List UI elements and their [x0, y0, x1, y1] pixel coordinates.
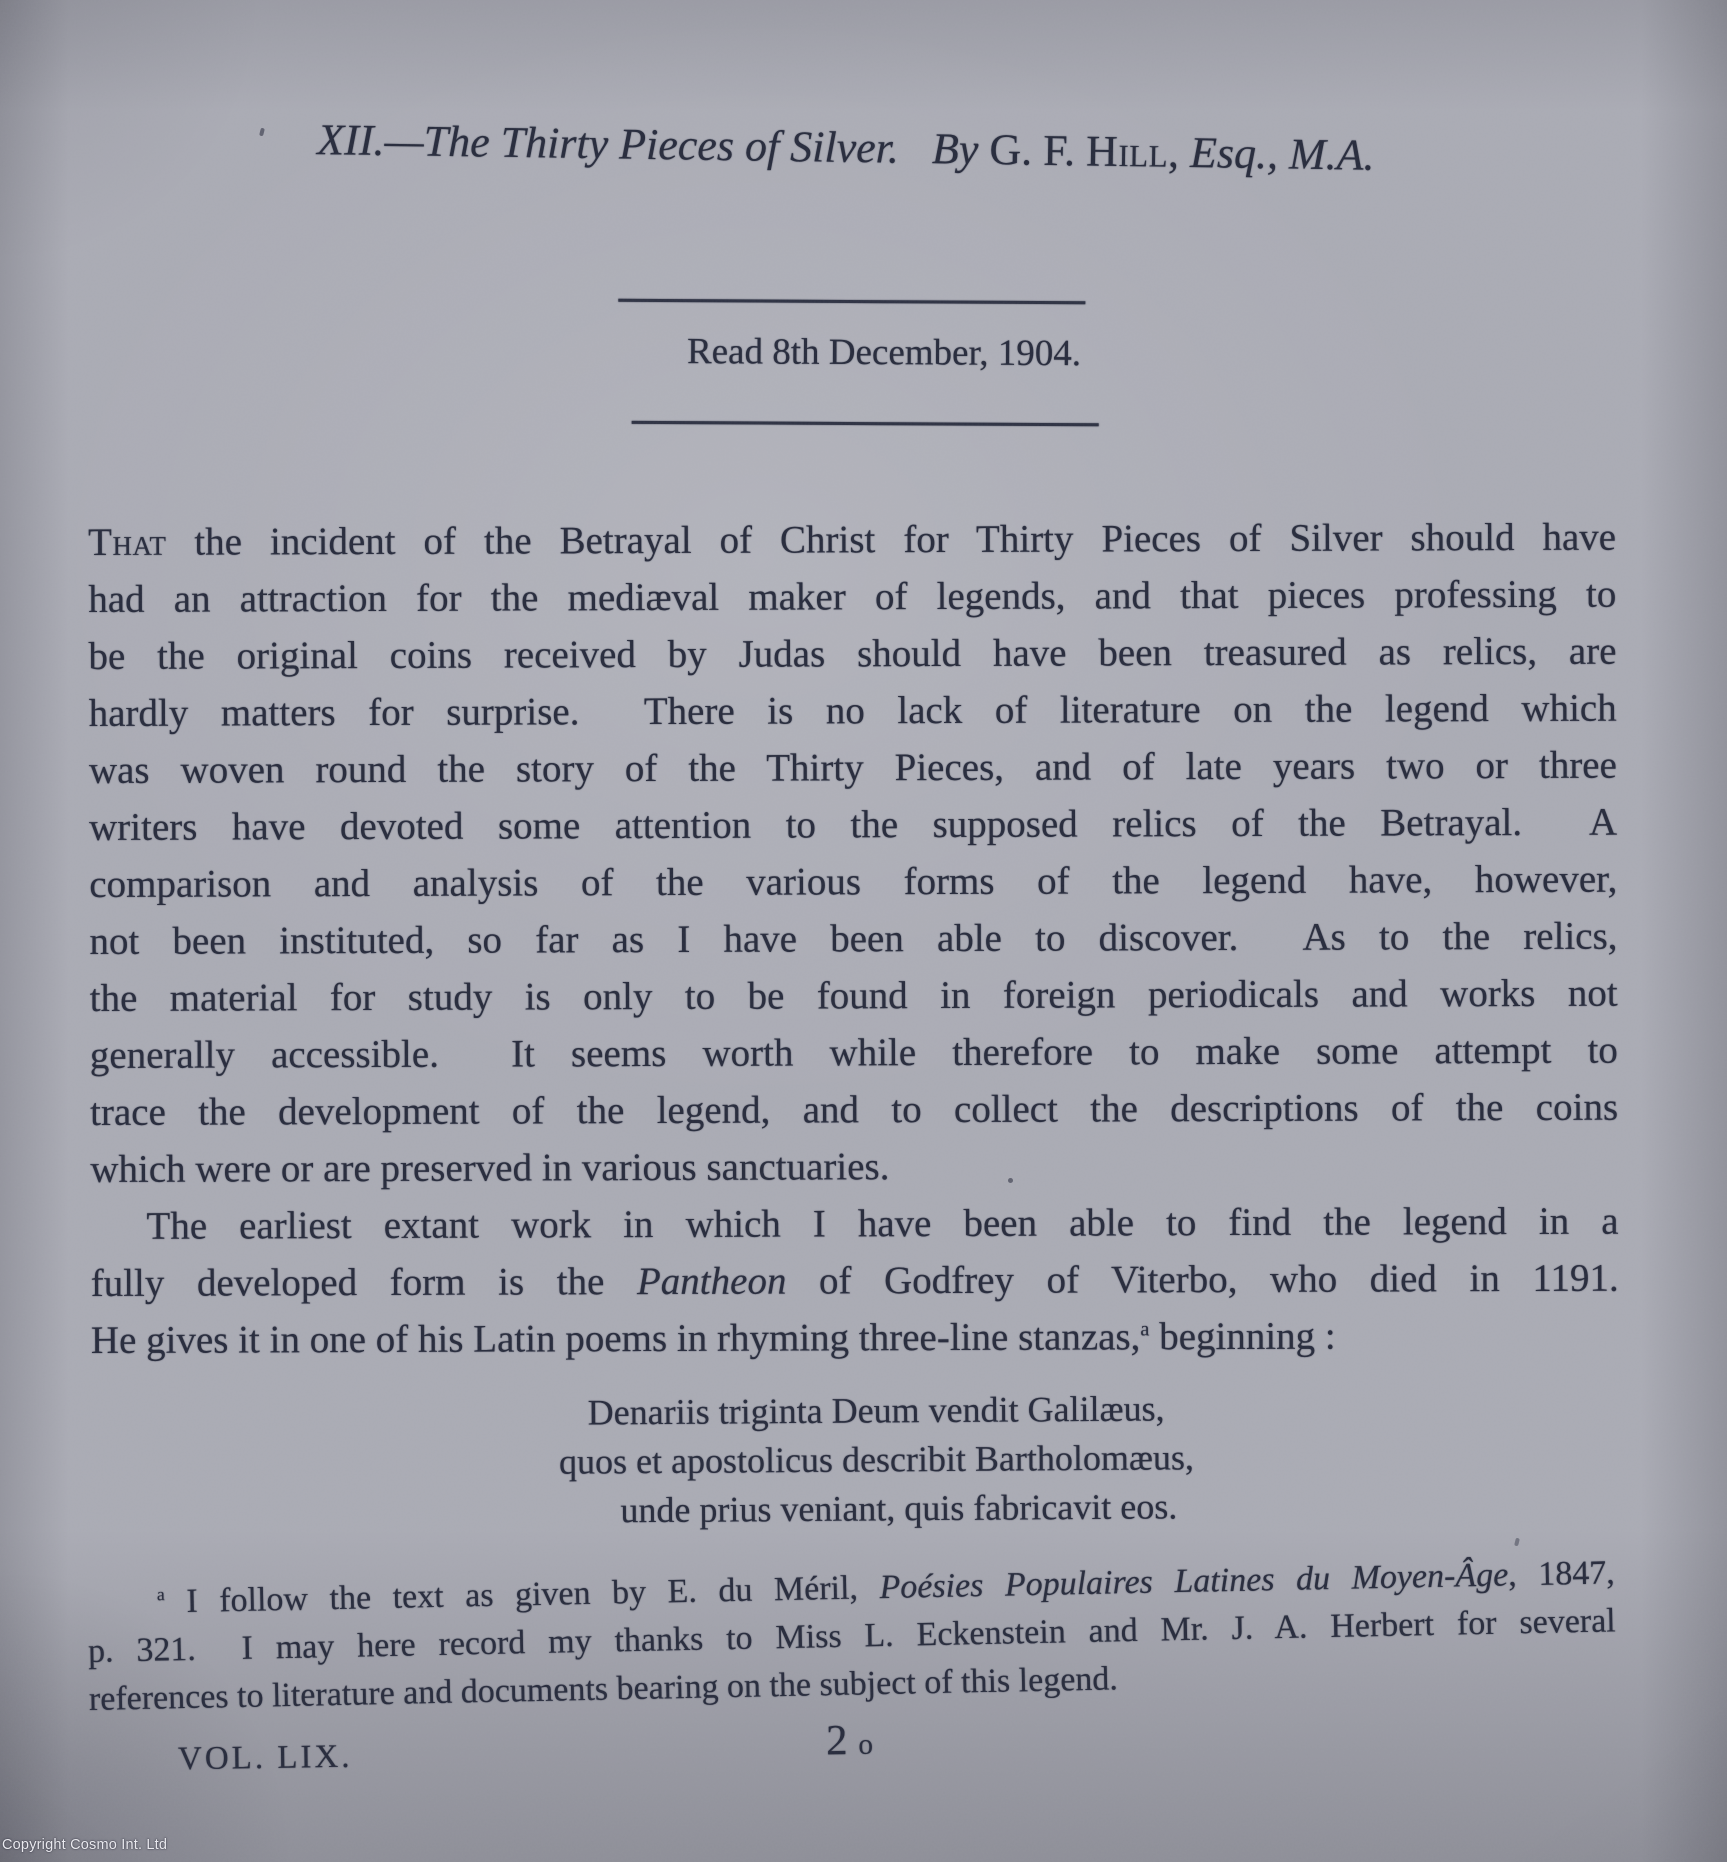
- text-segment: G. F.: [989, 125, 1086, 175]
- text-segment: a: [1140, 1318, 1149, 1340]
- text-segment: The earliest extant work in which I have…: [146, 1200, 1618, 1248]
- text-segment: which were or are preserved in various s…: [90, 1145, 889, 1191]
- body-text-line: He gives it in one of his Latin poems in…: [91, 1307, 1619, 1369]
- text-segment: trace the development of the legend, and…: [90, 1086, 1618, 1134]
- text-segment: XII.—: [317, 115, 424, 166]
- body-text-line: fully developed form is the Pantheon of …: [91, 1250, 1619, 1312]
- text-segment: ,: [1168, 128, 1191, 177]
- text-segment: beginning :: [1149, 1315, 1335, 1359]
- text-segment: of Godfrey of Viterbo, who died in 1191.: [786, 1257, 1618, 1303]
- text-segment: He gives it in one of his Latin poems in…: [91, 1315, 1141, 1362]
- signature-mark: 2 o: [826, 1716, 874, 1766]
- body-text-line: was woven round the story of the Thirty …: [89, 737, 1617, 799]
- body-text-line: The earliest extant work in which I have…: [90, 1193, 1618, 1255]
- body-text-line: which were or are preserved in various s…: [90, 1136, 1618, 1198]
- text-segment: By: [932, 124, 990, 174]
- text-segment: comparison and analysis of the various f…: [89, 858, 1617, 906]
- volume-label: VOL. LIX.: [178, 1739, 353, 1778]
- top-rule: [618, 299, 1085, 304]
- text-segment: had an attraction for the mediæval maker…: [88, 573, 1616, 621]
- text-segment: I follow the text as given by E. du Méri…: [164, 1569, 879, 1620]
- read-date-heading: Read 8th December, 1904.: [120, 327, 1648, 378]
- body-text-line: trace the development of the legend, and…: [90, 1079, 1618, 1141]
- read-date-section: Read 8th December, 1904.: [88, 291, 1617, 439]
- body-text-line: comparison and analysis of the various f…: [89, 851, 1617, 913]
- text-segment: not been instituted, so far as I have be…: [89, 915, 1617, 963]
- text-segment: Poésies Populaires Latines du Moyen-Âge: [879, 1556, 1508, 1606]
- text-segment: hardly matters for surprise. There is no…: [89, 687, 1617, 735]
- text-segment: the material for study is only to be fou…: [90, 972, 1618, 1020]
- body-text-line: hardly matters for surprise. There is no…: [89, 680, 1617, 742]
- text-segment: writers have devoted some attention to t…: [89, 801, 1617, 849]
- ink-speck: [1008, 1178, 1013, 1183]
- text-segment: That: [88, 521, 166, 564]
- copyright-watermark: Copyright Cosmo Int. Ltd: [2, 1837, 167, 1853]
- scanned-page-photo: XII.—The Thirty Pieces of Silver. By G. …: [0, 0, 1727, 1862]
- text-segment: generally accessible. It seems worth whi…: [90, 1029, 1618, 1077]
- body-text-line: had an attraction for the mediæval maker…: [88, 566, 1616, 628]
- body-text-line: generally accessible. It seems worth whi…: [90, 1022, 1618, 1084]
- body-text-line: not been instituted, so far as I have be…: [89, 908, 1617, 970]
- text-segment: fully developed form is the: [91, 1260, 637, 1305]
- body-text-line: the material for study is only to be fou…: [90, 965, 1618, 1027]
- body-text-line: That the incident of the Betrayal of Chr…: [88, 509, 1616, 571]
- text-segment: , 1847,: [1508, 1554, 1615, 1593]
- text-segment: be the original coins received by Judas …: [88, 630, 1616, 678]
- body-text-line: writers have devoted some attention to t…: [89, 794, 1617, 856]
- text-segment: the incident of the Betrayal of Christ f…: [166, 516, 1616, 564]
- body-text-line: be the original coins received by Judas …: [88, 623, 1616, 685]
- text-segment: Esq., M.A.: [1190, 128, 1375, 180]
- verse-line: unde prius veniant, quis fabricavit eos.: [135, 1479, 1663, 1539]
- ink-speck: [1514, 1538, 1520, 1547]
- text-segment: 2: [826, 1717, 859, 1764]
- text-segment: Pantheon: [637, 1260, 787, 1304]
- text-segment: o: [858, 1729, 873, 1761]
- text-segment: The Thirty Pieces of Silver.: [423, 117, 899, 173]
- bottom-rule: [632, 421, 1099, 426]
- body-text: That the incident of the Betrayal of Chr…: [88, 509, 1619, 1369]
- article-title: XII.—The Thirty Pieces of Silver. By G. …: [82, 111, 1611, 186]
- text-segment: Hill: [1086, 126, 1169, 176]
- footnote: a I follow the text as given by E. du Mé…: [87, 1549, 1618, 1724]
- text-segment: [899, 124, 933, 173]
- latin-verse: Denariis triginta Deum vendit Galilæus,q…: [88, 1381, 1617, 1539]
- text-segment: was woven round the story of the Thirty …: [89, 744, 1617, 792]
